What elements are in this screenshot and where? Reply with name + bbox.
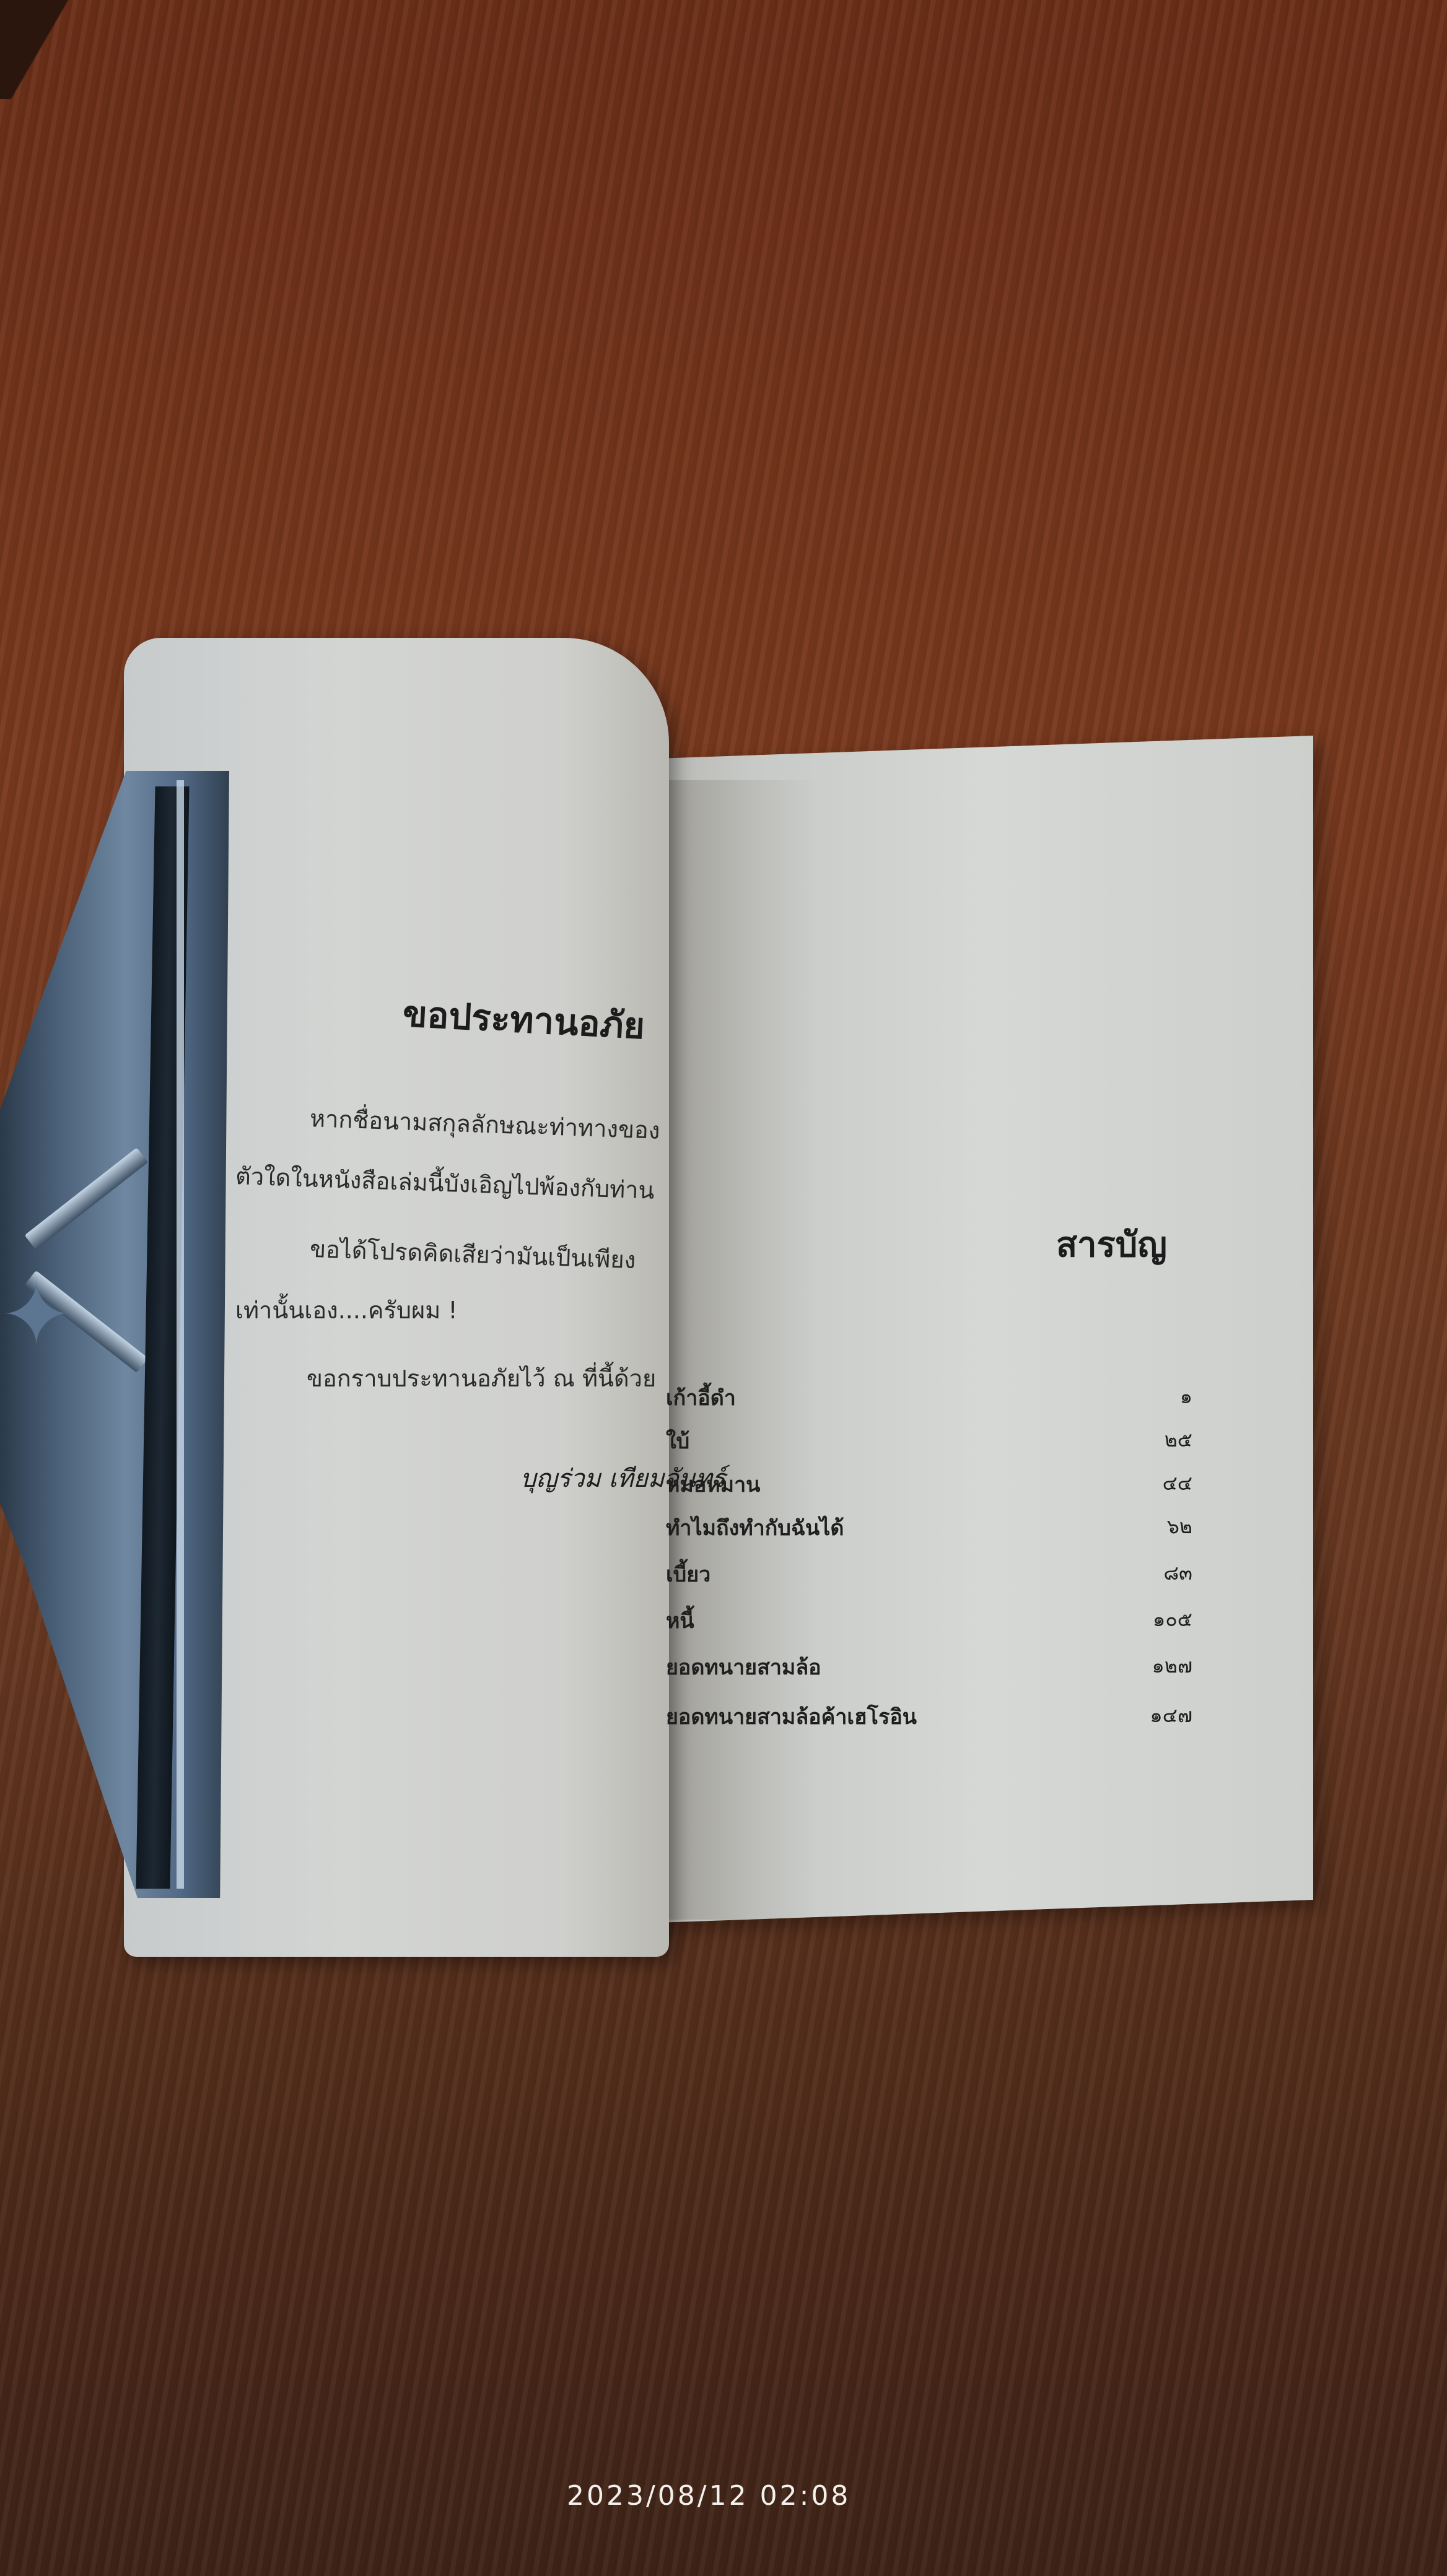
toc-entry-page: ๘๓ [1118, 1557, 1192, 1591]
toc-entry-page: ๑ [1118, 1381, 1192, 1414]
toc-entry: ยอดทนายสามล้อ ๑๒๗ [666, 1650, 1192, 1684]
toc-entry-page: ๒๕ [1118, 1424, 1192, 1458]
toc-entry-title: ยอดทนายสามล้อ [666, 1650, 821, 1684]
left-page-line: ขอกราบประทานอภัยไว้ ณ ที่นี้ด้วย [307, 1359, 656, 1397]
toc-entry-page: ๖๒ [1118, 1511, 1192, 1544]
clip-rail-highlight [177, 780, 184, 1889]
table-edge [0, 0, 111, 99]
toc-entry-title: หมอหมาน [666, 1468, 760, 1501]
toc-entry: ทำไมถึงทำกับฉันได้ ๖๒ [666, 1511, 1192, 1544]
toc-entry-title: เบี้ยว [666, 1557, 710, 1591]
toc-entry-title: ยอดทนายสามล้อค้าเฮโรอิน [666, 1700, 917, 1733]
toc-entry: ยอดทนายสามล้อค้าเฮโรอิน ๑๔๗ [666, 1700, 1192, 1733]
toc-entry-title: เก้าอี้ดำ [666, 1381, 736, 1414]
toc-entry: เบี้ยว ๘๓ [666, 1557, 1192, 1591]
toc-title: สารบัญ [1056, 1217, 1167, 1272]
toc-entry: หนี้ ๑๐๕ [666, 1604, 1192, 1637]
toc-entry-page: ๔๔ [1118, 1468, 1192, 1501]
toc-entry: ใบ้ ๒๕ [666, 1424, 1192, 1458]
clip-star-icon: ✦ [0, 1273, 72, 1359]
toc-entry-title: ใบ้ [666, 1424, 689, 1458]
toc-entry-page: ๑๔๗ [1118, 1700, 1192, 1733]
photo-timestamp: 2023/08/12 02:08 [567, 2480, 850, 2512]
toc-entry-page: ๑๒๗ [1118, 1650, 1192, 1684]
gutter-shadow [657, 780, 818, 1920]
toc-entry: หมอหมาน ๔๔ [666, 1468, 1192, 1501]
toc-entry-title: หนี้ [666, 1604, 694, 1637]
toc-entry-title: ทำไมถึงทำกับฉันได้ [666, 1511, 844, 1544]
toc-entry: เก้าอี้ดำ ๑ [666, 1381, 1192, 1414]
toc-entry-page: ๑๐๕ [1118, 1604, 1192, 1637]
left-page-line: เท่านั้นเอง....ครับผม ! [235, 1291, 458, 1329]
